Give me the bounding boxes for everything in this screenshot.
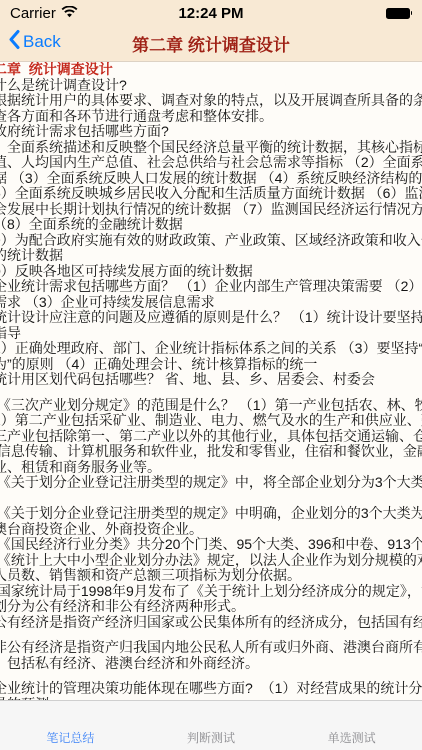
text-line: 《关于划分企业登记注册类型的规定》中，将全部企业划分为3个大类，: [0, 475, 422, 491]
text-line: 指导: [0, 326, 422, 342]
header: Carrier 12:24 PM: [0, 0, 422, 62]
tab-single-choice-test[interactable]: 单选测试: [281, 729, 422, 750]
text-line: 9）为配合政府实施有效的财政政策、产业政策、区域经济政策和收入分配政: [0, 233, 422, 249]
text-line: 5）全面系统反映城乡居民收入分配和生活质量方面统计数据 （6）监测国民: [0, 186, 422, 202]
text-line: 划分为公有经济和非公有经济两种形式。: [0, 599, 422, 615]
text-line: 查各方面和各环节进行通盘考虑和整体安排。: [0, 109, 422, 125]
text-line: 《国民经济行业分类》共分20个门类、95个大类、396和中卷、913个小卷。: [0, 537, 422, 553]
text-line: 包括私有经济、港澳台经济和外商经济。: [0, 656, 422, 672]
text-line: 业、租赁和商务服务业等。: [0, 460, 422, 476]
text-line: 政府统计需求包括哪些方面?: [0, 124, 422, 140]
text-line: 的统计数据: [0, 248, 422, 264]
tab-bar: 笔记总结 判断测试 单选测试: [0, 700, 422, 750]
text-line: 会发展中长期计划执行情况的统计数据 （7）监测国民经济运行情况方面的: [0, 202, 422, 218]
text-line: ）全面系统描述和反映整个国民经济总量平衡的统计数据，其核心指标是国: [0, 140, 422, 156]
text-line: 国家统计局于1998年9月发布了《关于统计上划分经济成分的规定》，该规: [0, 584, 422, 600]
page-title: 第二章 统计调查设计: [132, 31, 290, 56]
text-line: 根据统计用户的具体要求、调查对象的特点，以及开展调查所具备的条件，: [0, 93, 422, 109]
text-line: 统计设计应注意的问题及应遵循的原则是什么？ （1）统计设计要坚持以经: [0, 310, 422, 326]
back-chevron-icon: [8, 29, 20, 55]
text-line: 企业统计需求包括哪些方面？ （1）企业内部生产管理决策需要 （2）反映: [0, 279, 422, 295]
app-screen: Carrier 12:24 PM: [0, 0, 422, 750]
text-line: 《统计上大中小型企业划分办法》规定，以法人企业作为划分规模的对象: [0, 553, 422, 569]
navigation-bar: Back 第二章 统计调查设计: [0, 24, 422, 62]
text-line: 统计用区划代码包括哪些？ 省、地、县、乡、居委会、村委会: [0, 372, 422, 388]
tab-judgment-test[interactable]: 判断测试: [141, 729, 282, 750]
text-line: 需求 （3）企业可持续发展信息需求: [0, 295, 422, 311]
text-line: 非公有经济是指资产归我国内地公民私人所有或归外商、港澳台商所有的: [0, 640, 422, 656]
text-line: 2）正确处理政府、部门、企业统计指标体系之间的关系 （3）要坚持“有所为: [0, 341, 422, 357]
text-line: 。: [0, 491, 422, 507]
text-line: 二章 统计调查设计: [0, 62, 422, 78]
text-line: 为”的原则 （4）正确处理会计、统计核算指标的统一: [0, 357, 422, 373]
text-line: 《关于划分企业登记注册类型的规定》中明确，企业划分的3个大类为内资: [0, 506, 422, 522]
notes-scroll-view[interactable]: 二章 统计调查设计什么是统计调查设计?根据统计用户的具体要求、调查对象的特点，以…: [0, 62, 422, 700]
back-button[interactable]: Back: [8, 29, 61, 55]
text-line: 据 （3）全面系统反映人口发展的统计数据 （4）系统反映经济结构的统计数: [0, 171, 422, 187]
tab-notes-summary[interactable]: 笔记总结: [0, 729, 141, 750]
text-line: [0, 388, 422, 398]
back-label: Back: [23, 32, 61, 52]
text-line: 0）反映各地区可持续发展方面的统计数据: [0, 264, 422, 280]
text-line: 《三次产业划分规定》的范围是什么？ （1）第一产业包括农、林、牧、渔: [0, 398, 422, 414]
text-line: 2）第二产业包括采矿业、制造业、电力、燃气及水的生产和供应业、建筑业: [0, 413, 422, 429]
text-line: 信息传输、计算机服务和软件业，批发和零售业，住宿和餐饮业，金融业: [0, 444, 422, 460]
text-line: 澳台商投资企业、外商投资企业。: [0, 522, 422, 538]
document-text: 二章 统计调查设计什么是统计调查设计?根据统计用户的具体要求、调查对象的特点，以…: [0, 62, 422, 700]
text-line: 值、人均国内生产总值、社会总供给与社会总需求等指标 （2）全面系统的价: [0, 155, 422, 171]
clock: 12:24 PM: [0, 5, 422, 22]
text-line: 什么是统计调查设计?: [0, 78, 422, 94]
status-bar: Carrier 12:24 PM: [0, 0, 422, 24]
text-line: 人员数、销售额和资产总额三项指标为划分依据。: [0, 568, 422, 584]
text-line: 企业统计的管理决策功能体现在哪些方面? （1）对经营成果的统计分析: [0, 681, 422, 697]
text-line: （8）全面系统的金融统计数据: [0, 217, 422, 233]
text-line: 三产业包括除第一、第二产业以外的其他行业，具体包括交通运输、仓储: [0, 429, 422, 445]
text-line: 公有经济是指资产经济归国家或公民集体所有的经济成分，包括国有经济和: [0, 615, 422, 631]
